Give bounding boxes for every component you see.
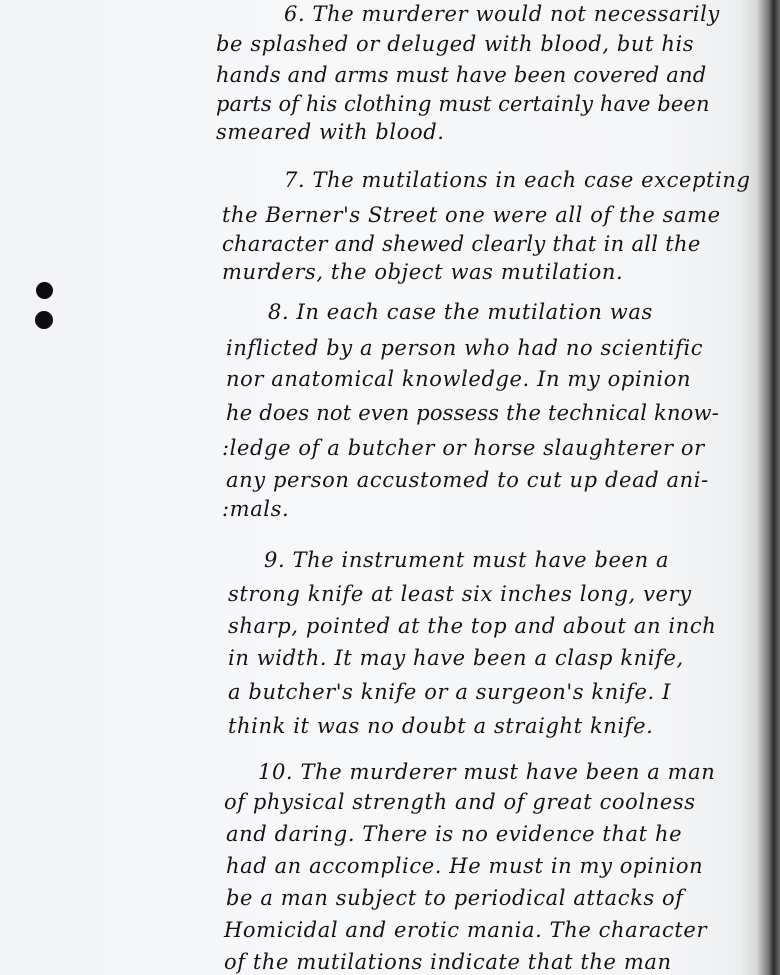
paragraph-8-line: any person accustomed to cut up dead ani…: [226, 470, 709, 491]
paragraph-10-line: 10. The murderer must have been a man: [258, 762, 715, 783]
paragraph-9-line: in width. It may have been a clasp knife…: [228, 648, 684, 669]
paragraph-7-line: the Berner's Street one were all of the …: [222, 205, 721, 226]
paragraph-9-line: sharp, pointed at the top and about an i…: [228, 616, 716, 637]
paragraph-10-line: Homicidal and erotic mania. The characte…: [224, 920, 707, 941]
paragraph-9-line: strong knife at least six inches long, v…: [228, 584, 692, 605]
paragraph-6-line: hands and arms must have been covered an…: [216, 65, 706, 86]
paragraph-9-line: 9. The instrument must have been a: [264, 550, 669, 571]
paragraph-7-line: character and shewed clearly that in all…: [222, 234, 701, 255]
paragraph-10-line: of the mutilations indicate that the man: [224, 952, 672, 973]
paragraph-7-line: 7. The mutilations in each case exceptin…: [284, 170, 751, 191]
punch-hole-icon: [36, 282, 53, 299]
punch-hole-icon: [35, 311, 53, 329]
paragraph-8-line: :mals.: [222, 499, 289, 520]
paragraph-8-line: he does not even possess the technical k…: [226, 403, 719, 424]
paragraph-10-line: had an accomplice. He must in my opinion: [226, 856, 703, 877]
paragraph-7-line: murders, the object was mutilation.: [222, 262, 623, 283]
paragraph-8-line: nor anatomical knowledge. In my opinion: [226, 369, 691, 390]
paragraph-10-line: of physical strength and of great coolne…: [224, 792, 696, 813]
paragraph-10-line: and daring. There is no evidence that he: [226, 824, 682, 845]
paragraph-6-line: be splashed or deluged with blood, but h…: [216, 34, 694, 55]
paragraph-8-line: 8. In each case the mutilation was: [268, 302, 653, 323]
paragraph-6-line: parts of his clothing must certainly hav…: [216, 94, 710, 115]
paragraph-9-line: think it was no doubt a straight knife.: [228, 716, 653, 737]
paragraph-9-line: a butcher's knife or a surgeon's knife. …: [228, 682, 671, 703]
paragraph-6-line: smeared with blood.: [216, 122, 445, 143]
paragraph-8-line: :ledge of a butcher or horse slaughterer…: [222, 438, 705, 459]
paragraph-8-line: inflicted by a person who had no scienti…: [226, 338, 703, 359]
paragraph-10-line: be a man subject to periodical attacks o…: [226, 888, 684, 909]
scanned-page: 6. The murderer would not necessarily be…: [0, 0, 780, 975]
paragraph-6-line: 6. The murderer would not necessarily: [284, 4, 720, 25]
